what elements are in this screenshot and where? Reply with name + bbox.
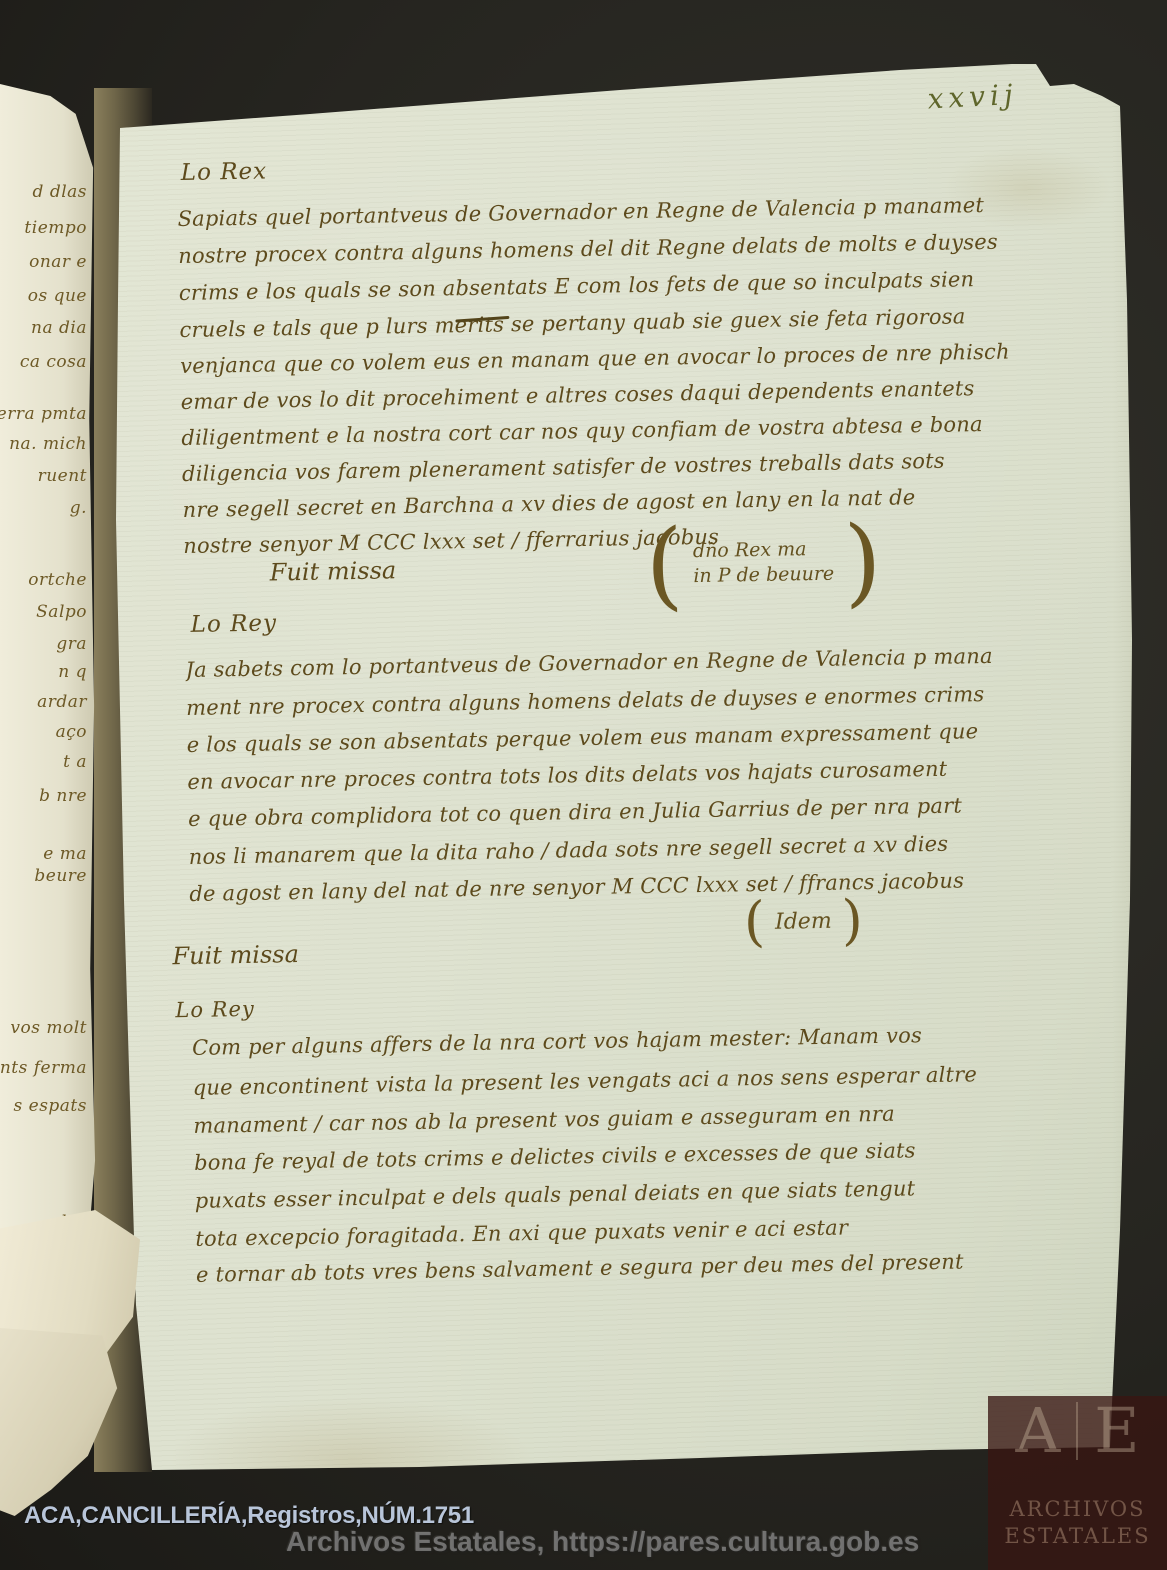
chancery-side-note: ( dño Rex ma in P de beuure ) [645, 518, 882, 608]
manuscript-line: venjanca que co volem eus en manam que e… [180, 339, 1015, 378]
logo-divider [1076, 1402, 1078, 1460]
manuscript-line: que encontinent vista la present les ven… [193, 1061, 1028, 1100]
letter-heading: Lo Rex [181, 158, 268, 186]
logo-caption: ARCHIVOS ESTATALES [988, 1496, 1167, 1550]
manuscript-line: nostre procex contra alguns homens del d… [178, 229, 1013, 268]
bracket-right: ) [843, 518, 882, 605]
manuscript-line: nre segell secret en Barchna a xv dies d… [182, 483, 1017, 522]
manuscript-line: de agost en lany del nat de nre senyor M… [189, 867, 1024, 906]
manuscript-line: Sapiats quel portantveus de Governador e… [177, 192, 1012, 231]
manuscript-line: ment nre procex contra alguns homens del… [186, 681, 1021, 720]
manuscript-line: e los quals se son absentats perque vole… [187, 718, 1022, 757]
letter-heading: Lo Rey [175, 997, 255, 1022]
manuscript-line: cruels e tals que p lurs merits se perta… [179, 303, 1014, 342]
manuscript-line: en avocar nre proces contra tots los dit… [187, 755, 1022, 794]
manuscript-line: diligencia vos farem plenerament satisfe… [182, 447, 1017, 486]
manuscript-line: e tornar ab tots vres bens salvament e s… [196, 1248, 1031, 1287]
bracket-left: ( [645, 521, 684, 608]
logo-letter-a: A [1015, 1398, 1060, 1464]
archivos-estatales-logo: A E ARCHIVOS ESTATALES [988, 1396, 1167, 1570]
folio-number: xxvij [927, 78, 1019, 116]
manuscript-line: tota excepcio foragitada. En axi que pux… [195, 1212, 1030, 1251]
site-watermark: Archivos Estatales, https://pares.cultur… [286, 1526, 919, 1558]
manuscript-line: puxats esser inculpat e dels quals penal… [195, 1174, 1030, 1213]
manuscript-line: manament / car nos ab la present vos gui… [193, 1099, 1028, 1138]
manuscript-line: e que obra complidora tot co quen dira e… [188, 792, 1023, 831]
side-note-line: in P de beuure [693, 563, 834, 587]
manuscript-line: crims e los quals se son absentats E com… [179, 266, 1014, 305]
bracket-right: ) [841, 896, 863, 945]
manuscript-line: Ja sabets com lo portantveus de Governad… [185, 643, 1020, 682]
chancery-side-note: ( Idem ) [744, 896, 864, 947]
archive-scan: d dlas tiempo onar e os que na dia ca co… [0, 0, 1167, 1570]
manuscript-line: emar de vos lo dit procehiment e altres … [181, 375, 1016, 414]
manuscript-line: bona fe reyal de tots crims e delictes c… [194, 1136, 1029, 1175]
letter-heading: Lo Rey [190, 610, 277, 638]
manuscript-line: diligentment e la nostra cort car nos qu… [181, 411, 1016, 450]
logo-letter-e: E [1094, 1398, 1139, 1464]
bracket-left: ( [744, 898, 766, 947]
manuscript-text-layer: xxvij Lo Rex Sapiats quel portantveus de… [0, 0, 1167, 1570]
logo-caption-line1: ARCHIVOS [988, 1496, 1167, 1523]
logo-initials: A E [988, 1398, 1167, 1464]
manuscript-line: nostre senyor M CCC lxxx set / fferrariu… [183, 519, 1018, 558]
side-note-line: dño Rex ma [693, 538, 807, 562]
manuscript-line: Com per alguns affers de la nra cort vos… [192, 1021, 1027, 1060]
manuscript-line: nos li manarem que la dita raho / dada s… [189, 830, 1024, 869]
sent-note: Fuit missa [172, 940, 299, 970]
side-note-line: Idem [765, 908, 842, 934]
sent-note: Fuit missa [270, 556, 397, 586]
logo-caption-line2: ESTATALES [988, 1523, 1167, 1550]
